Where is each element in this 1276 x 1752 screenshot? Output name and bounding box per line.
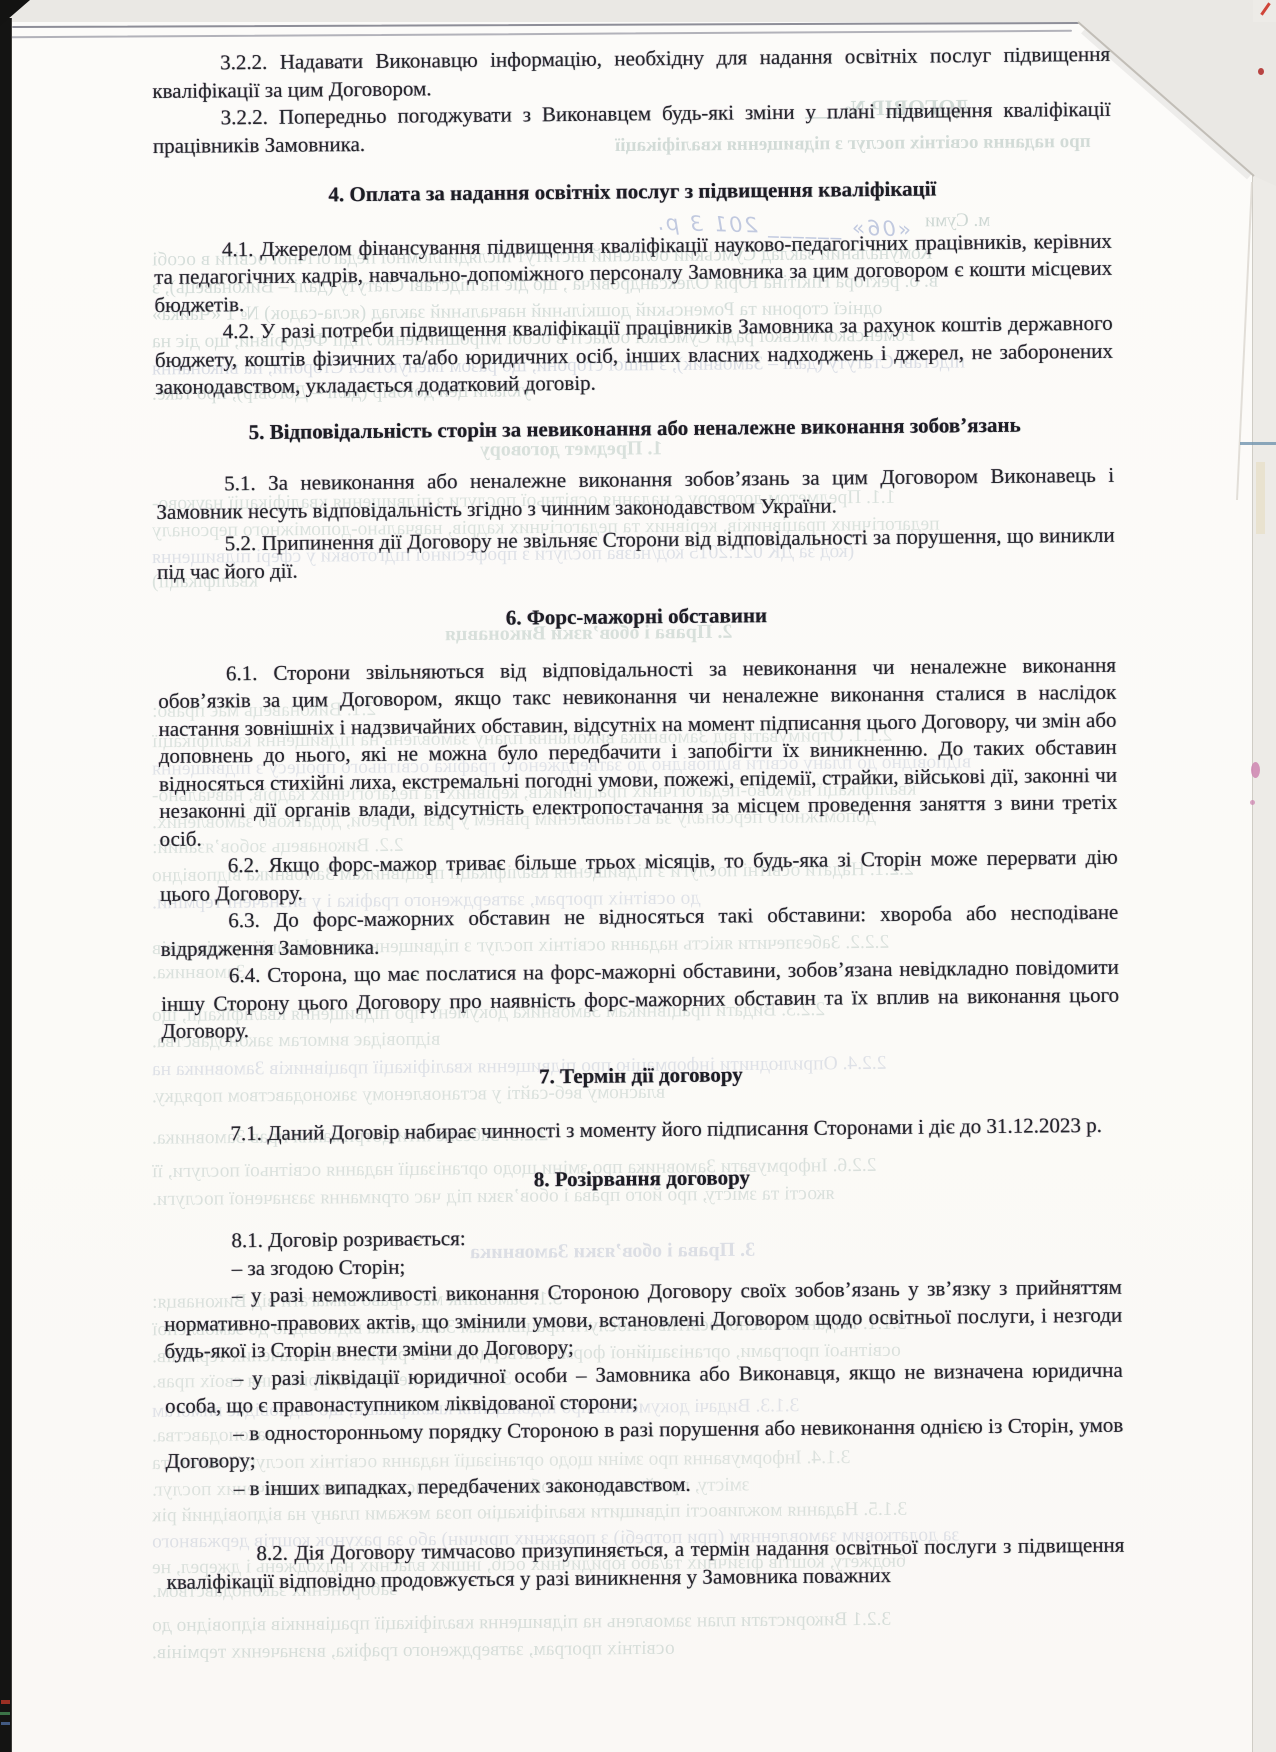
para-4-2: 4.2. У разі потреби підвищення кваліфіка… — [155, 310, 1114, 402]
para-8-2: 8.2. Дія Договору тимчасово призупиняєть… — [166, 1532, 1124, 1596]
document-body: 3.2.2. Надавати Виконавцю інформацію, не… — [152, 41, 1125, 1596]
para-7-1: 7.1. Даний Договір набирає чинності з мо… — [162, 1112, 1120, 1149]
para-6-1: 6.1. Сторони звільняються від відповідал… — [158, 651, 1118, 853]
item-8-1-3: – у разі ліквідації юридичної особи – За… — [165, 1356, 1123, 1420]
scanner-corner-top-left — [0, 0, 30, 26]
scanner-edge-strip — [0, 18, 12, 1752]
heading-5: 5. Відповідальність сторін за невиконанн… — [156, 410, 1114, 447]
heading-7: 7. Термін дії договору — [162, 1057, 1120, 1094]
heading-4: 4. Оплата за надання освітніх послуг з п… — [153, 174, 1111, 211]
para-6-4: 6.4. Сторона, що має послатися на форс-м… — [161, 954, 1120, 1046]
scanned-page: ДОГОВІР № ___про надання освітніх послуг… — [0, 0, 1276, 1752]
para-6-2: 6.2. Якщо форс-мажор триває більше трьох… — [160, 844, 1118, 908]
para-5-2: 5.2. Припинення дії Договору не звільняє… — [157, 522, 1115, 586]
heading-8: 8. Розірвання договору — [163, 1160, 1121, 1197]
para-3-2-2-b: 3.2.2. Попередньо погоджувати з Виконавц… — [153, 96, 1111, 160]
para-4-1: 4.1. Джерелом фінансування підвищення кв… — [154, 227, 1113, 319]
item-8-1-2: – у разі неможливості виконання Стороною… — [164, 1274, 1123, 1366]
heading-6: 6. Форс-мажорні обставини — [157, 599, 1115, 636]
para-6-3: 6.3. До форс-мажорних обставин не віднос… — [160, 899, 1118, 963]
para-3-2-2-a: 3.2.2. Надавати Виконавцю інформацію, не… — [152, 41, 1110, 105]
item-8-1-4: – в односторонньому порядку Стороною в р… — [165, 1411, 1123, 1475]
para-5-1: 5.1. За невиконання або неналежне викона… — [156, 462, 1114, 526]
